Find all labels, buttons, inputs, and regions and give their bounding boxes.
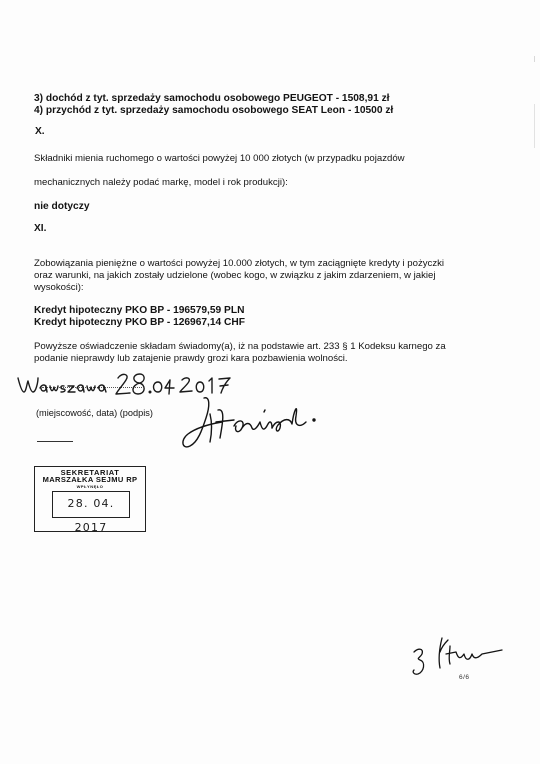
page-number: 6/6 [459,674,470,681]
section-x-heading: X. [35,126,45,138]
section-x-question-line2: mechanicznych należy podać markę, model … [34,177,288,189]
initials-signature [412,632,512,677]
income-item-4: 4) przychód z tyt. sprzedaży samochodu o… [34,105,393,117]
separator-dash [37,441,73,442]
stamp-line3: WPŁYNĘŁO [35,484,145,489]
income-item-3: 3) dochód z tyt. sprzedaży samochodu oso… [34,93,390,105]
section-x-question-line1: Składniki mienia ruchomego o wartości po… [34,153,405,165]
place-date-signature-label: (miejscowość, data) (podpis) [36,408,153,420]
declaration-line2: podanie nieprawdy lub zatajenie prawdy g… [34,353,348,365]
document-page: 3) dochód z tyt. sprzedaży samochodu oso… [0,0,540,764]
stamp-line2: MARSZAŁKA SEJMU RP [35,476,145,484]
signature-main [160,392,330,452]
scan-artifact [534,104,535,148]
stamp-date: 28. 04. 2017 [52,491,130,518]
section-x-answer: nie dotyczy [34,201,89,213]
section-xi-answer-2: Kredyt hipoteczny PKO BP - 126967,14 CHF [34,317,245,329]
received-stamp: SEKRETARIAT MARSZAŁKA SEJMU RP WPŁYNĘŁO … [34,466,146,532]
section-xi-question-line1: Zobowiązania pieniężne o wartości powyże… [34,258,444,270]
declaration-line1: Powyższe oświadczenie składam świadomy(a… [34,341,446,353]
section-xi-answer-1: Kredyt hipoteczny PKO BP - 196579,59 PLN [34,305,244,317]
scan-artifact [534,56,535,62]
section-xi-question-line2: oraz warunki, na jakich zostały udzielon… [34,270,436,282]
section-xi-question-line3: wysokości): [34,282,84,294]
section-xi-heading: XI. [34,223,46,235]
